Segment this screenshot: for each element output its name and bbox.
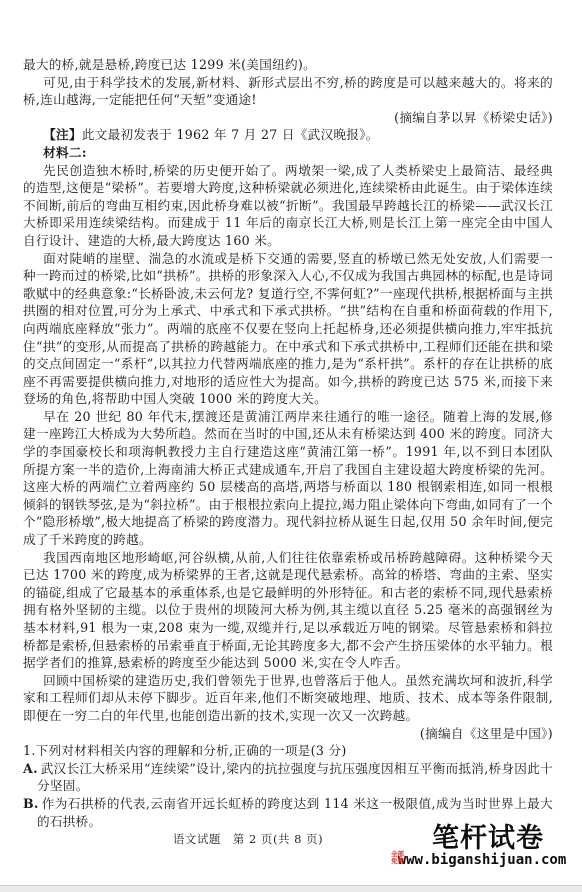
paragraph-beam-bridge: 先民创造独木桥时,桥梁的历史便开始了。两墩架一梁,成了人类桥梁史上最简洁、最经典… — [23, 162, 553, 250]
paragraph-review: 回顾中国桥梁的建造历史,我们曾领先于世界,也曾落后于他人。虽然充满坎坷和波折,科… — [23, 672, 553, 725]
option-a-label: A. — [23, 761, 38, 776]
exam-content: 最大的桥,就是悬桥,跨度已达 1299 米(美国纽约)。 可见,由于科学技术的发… — [23, 56, 553, 830]
paragraph-tail-suspension-span: 最大的桥,就是悬桥,跨度已达 1299 米(美国纽约)。 — [23, 56, 553, 74]
material-2-heading: 材料二: — [23, 144, 553, 162]
source-attribution-2: (摘编自《这里是中国》) — [23, 725, 553, 743]
footnote-text: 此文最初发表于 1962 年 7 月 27 日《武汉晚报》。 — [82, 127, 379, 142]
question-1-stem: 1.下列对材料相关内容的理解和分析,正确的一项是(3 分) — [23, 742, 553, 760]
watermark-url: www.biganshijuan.com — [388, 853, 576, 868]
source-attribution-1: (摘编自茅以昇《桥梁史话》) — [23, 109, 553, 127]
paragraph-suspension-bridge: 我国西南地区地形崎岖,河谷纵横,从前,人们往往依靠索桥或吊桥跨越障碍。这种桥梁今… — [23, 549, 553, 672]
exam-page: 最大的桥,就是悬桥,跨度已达 1299 米(美国纽约)。 可见,由于科学技术的发… — [0, 0, 582, 892]
bottom-edge-strip — [0, 885, 582, 892]
watermark-brand: 笔杆试卷 — [388, 824, 576, 853]
footnote-label: 【注】 — [43, 127, 82, 142]
paragraph-conclusion: 可见,由于科学技术的发展,新材料、新形式层出不穷,桥的跨度是可以越来越大的。将来… — [23, 74, 553, 109]
question-1-option-a: A.武汉长江大桥采用“连续梁”设计,梁内的抗拉强度与抗压强度因相互平衡而抵消,桥… — [23, 760, 553, 795]
watermark: 笔杆试卷 全部免费 www.biganshijuan.com — [388, 824, 576, 868]
option-a-text: 武汉长江大桥采用“连续梁”设计,梁内的抗拉强度与抗压强度因相互平衡而抵消,桥身因… — [37, 761, 553, 794]
paragraph-cable-stayed-bridge: 早在 20 世纪 80 年代末,摆渡还是黄浦江两岸来往通行的唯一途径。随着上海的… — [23, 408, 553, 549]
option-b-label: B. — [23, 796, 39, 811]
footnote: 【注】此文最初发表于 1962 年 7 月 27 日《武汉晚报》。 — [23, 126, 553, 144]
paragraph-arch-bridge: 面对陡峭的崖壁、湍急的水流或是桥下交通的需要,竖直的桥墩已然无处安放,人们需要一… — [23, 250, 553, 408]
watermark-free-tag: 全部免费 — [391, 851, 406, 865]
